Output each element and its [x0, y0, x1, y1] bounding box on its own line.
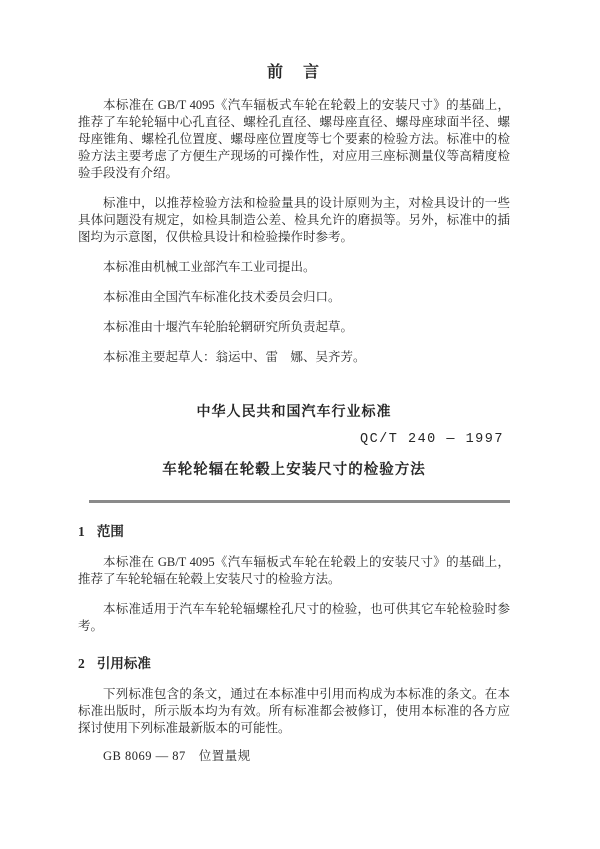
section-paragraph: 下列标准包含的条文，通过在本标准中引用而构成为本标准的条文。在本标准出版时，所示… — [78, 686, 510, 737]
foreword-statement-centralized-by: 本标准由全国汽车标准化技术委员会归口。 — [78, 289, 510, 306]
foreword-statement-proposed-by: 本标准由机械工业部汽车工业司提出。 — [78, 259, 510, 276]
standard-code: QC/T 240 — 1997 — [78, 431, 510, 449]
document-page: 前 言 本标准在 GB/T 4095《汽车辐板式车轮在轮毂上的安装尺寸》的基础上… — [0, 0, 600, 849]
divider-rule — [89, 500, 510, 503]
foreword-statement-drafted-by: 本标准由十堰汽车轮胎轮辋研究所负责起草。 — [78, 319, 510, 336]
section-number: 1 — [78, 524, 85, 539]
section-paragraph: 本标准在 GB/T 4095《汽车辐板式车轮在轮毂上的安装尺寸》的基础上，推荐了… — [78, 554, 510, 588]
foreword-paragraph: 本标准在 GB/T 4095《汽车辐板式车轮在轮毂上的安装尺寸》的基础上，推荐了… — [78, 97, 510, 182]
standard-title: 车轮轮辐在轮毂上安装尺寸的检验方法 — [78, 461, 510, 480]
foreword-statement-drafters: 本标准主要起草人：翁运中、雷 娜、吴齐芳。 — [78, 349, 510, 366]
section-heading-references: 2引用标准 — [78, 655, 510, 673]
section-paragraph: 本标准适用于汽车车轮轮辐螺栓孔尺寸的检验，也可供其它车轮检验时参考。 — [78, 601, 510, 635]
reference-entry: GB 8069 — 87 位置量规 — [78, 748, 510, 765]
foreword-paragraph: 标准中，以推荐检验方法和检验量具的设计原则为主，对检具设计的一些具体问题没有规定… — [78, 195, 510, 246]
section-number: 2 — [78, 656, 85, 671]
section-label: 范围 — [97, 524, 124, 539]
section-heading-scope: 1范围 — [78, 523, 510, 541]
section-label: 引用标准 — [97, 656, 151, 671]
foreword-heading: 前 言 — [78, 62, 510, 84]
standard-org-line: 中华人民共和国汽车行业标准 — [78, 404, 510, 422]
